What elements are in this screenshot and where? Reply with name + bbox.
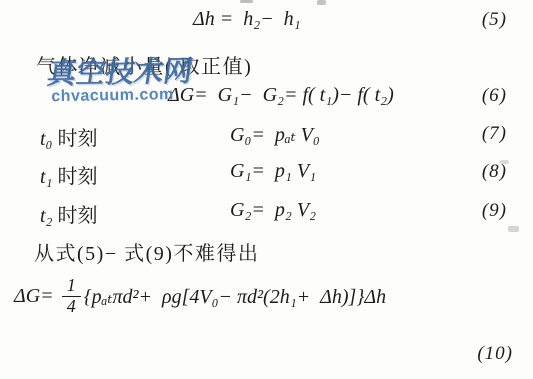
scan-artifact <box>317 0 326 5</box>
scan-artifact <box>240 0 253 3</box>
text-row-1: 气体净减小量( 取正值) <box>0 50 533 78</box>
time-variable-t2: t₂ <box>40 205 53 227</box>
equation-6-formula: ΔG= G₁− G₂= f( t₁)− f( t₂) <box>168 84 394 107</box>
equation-8-formula: G₁= p₁ V₁ <box>230 160 316 183</box>
equation-10-number-row: (10) <box>0 342 533 370</box>
equation-10-lhs: ΔG= <box>14 285 59 308</box>
equation-9-number: (9) <box>482 200 507 222</box>
equation-row-5: Δh = h₂− h₁ (5) <box>0 8 533 36</box>
time-word: 时刻 <box>58 205 98 227</box>
equation-9-formula: G₂= p₂ V₂ <box>230 199 316 222</box>
time-variable-t0: t₀ <box>40 128 53 150</box>
fraction-denominator: 4 <box>62 296 81 317</box>
time-label-t2: t₂ 时刻 <box>40 199 98 228</box>
scan-artifact <box>508 226 519 232</box>
equation-8-number: (8) <box>482 161 507 183</box>
body-text-derivation: 从式(5)− 式(9)不难得出 <box>34 237 259 266</box>
equation-row-6: ΔG= G₁− G₂= f( t₁)− f( t₂) (6) <box>0 84 533 112</box>
scanned-paper-page: Δh = h₂− h₁ (5) 气体净减小量( 取正值) ΔG= G₁− G₂=… <box>0 0 533 379</box>
fraction-one-quarter: 1 4 <box>62 276 81 317</box>
equation-10-number: (10) <box>477 343 513 365</box>
equation-6-number: (6) <box>482 85 507 107</box>
time-label-t0: t₀ 时刻 <box>40 122 98 151</box>
scan-artifact <box>500 160 509 164</box>
equation-row-10: ΔG= 1 4 {pₐₜπd²+ ρg[4V₀− πd²(2h₁+ Δh)]}Δ… <box>14 270 386 322</box>
equation-5-number: (5) <box>482 9 507 31</box>
equation-7-number: (7) <box>482 123 507 145</box>
equation-7-formula: G₀= pₐₜ V₀ <box>230 122 320 147</box>
time-variable-t1: t₁ <box>40 166 53 188</box>
equation-row-9: t₂ 时刻 G₂= p₂ V₂ (9) <box>0 199 533 227</box>
time-word: 时刻 <box>58 128 98 150</box>
text-row-2: 从式(5)− 式(9)不难得出 <box>0 237 533 265</box>
fraction-numerator: 1 <box>62 276 81 296</box>
body-text-net-decrease: 气体净减小量( 取正值) <box>36 50 252 79</box>
equation-row-7: t₀ 时刻 G₀= pₐₜ V₀ (7) <box>0 122 533 150</box>
equation-5-formula: Δh = h₂− h₁ <box>193 8 301 31</box>
equation-row-8: t₁ 时刻 G₁= p₁ V₁ (8) <box>0 160 533 188</box>
equation-10-body: {pₐₜπd²+ ρg[4V₀− πd²(2h₁+ Δh)]}Δh <box>84 284 386 309</box>
time-label-t1: t₁ 时刻 <box>40 160 98 189</box>
time-word: 时刻 <box>58 166 98 188</box>
